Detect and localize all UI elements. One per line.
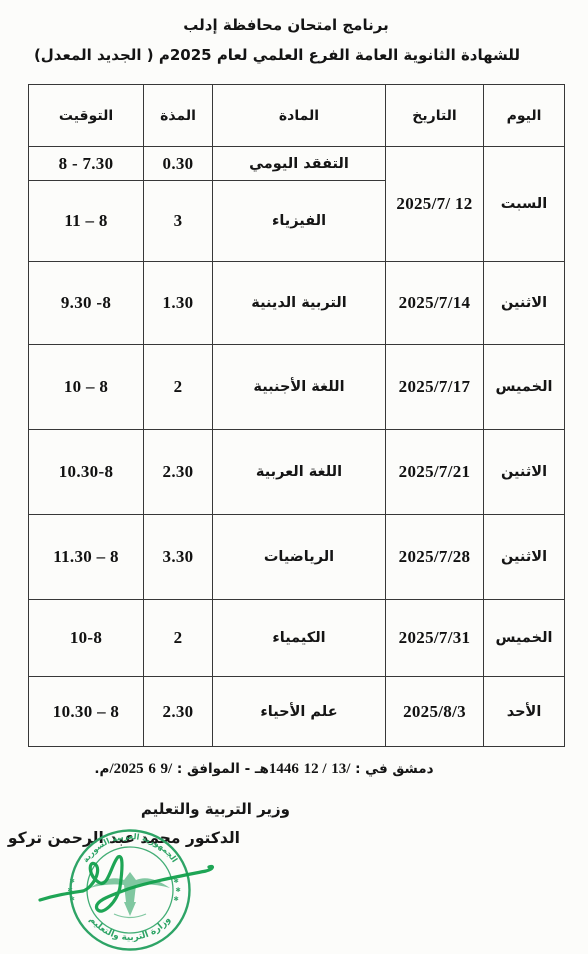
cell-day: الأحد: [484, 677, 565, 747]
cell-date: 2025/7/14: [386, 262, 484, 345]
gregorian-era: م.: [94, 761, 109, 777]
document-title: برنامج امتحان محافظة إدلب: [0, 16, 572, 34]
gregorian-day: 9/: [161, 761, 173, 777]
minister-title: وزير التربية والتعليم: [141, 800, 290, 818]
scanned-document-page: برنامج امتحان محافظة إدلب للشهادة الثانو…: [0, 0, 588, 954]
cell-duration: 0.30: [144, 147, 213, 181]
cell-timing: 9.30 -8: [29, 262, 144, 345]
corresponding-label: الموافق :: [177, 761, 240, 777]
cell-date: 2025/7/17: [386, 345, 484, 430]
table-row: الاثنين 2025/7/28 الرياضيات 3.30 11.30 –…: [29, 515, 565, 600]
cell-day: السبت: [484, 147, 565, 262]
cell-day: الخميس: [484, 600, 565, 677]
cell-day: الخميس: [484, 345, 565, 430]
header-timing: التوقيت: [29, 85, 144, 147]
cell-timing: 11.30 – 8: [29, 515, 144, 600]
cell-date: 2025/8/3: [386, 677, 484, 747]
cell-timing: 10.30-8: [29, 430, 144, 515]
table-row: الأحد 2025/8/3 علم الأحياء 2.30 10.30 – …: [29, 677, 565, 747]
cell-subject: اللغة العربية: [213, 430, 386, 515]
cell-date: 2025/7/28: [386, 515, 484, 600]
cell-timing: 11 – 8: [29, 181, 144, 262]
handwritten-signature: [28, 843, 223, 928]
cell-timing: 10 – 8: [29, 345, 144, 430]
date-separator: -: [245, 761, 251, 777]
table-row: الخميس 2025/7/17 اللغة الأجنبية 2 10 – 8: [29, 345, 565, 430]
cell-day: الاثنين: [484, 430, 565, 515]
cell-duration: 2: [144, 600, 213, 677]
document-subtitle: للشهادة الثانوية العامة الفرع العلمي لعا…: [0, 46, 554, 64]
cell-subject: التربية الدينية: [213, 262, 386, 345]
table-header-row: اليوم التاريخ المادة المذة التوقيت: [29, 85, 565, 147]
cell-duration: 2.30: [144, 677, 213, 747]
header-subject: المادة: [213, 85, 386, 147]
table-row: الاثنين 2025/7/21 اللغة العربية 2.30 10.…: [29, 430, 565, 515]
cell-date: 2025/7/21: [386, 430, 484, 515]
hijri-day: 13/: [331, 761, 350, 777]
hijri-era: هـ: [255, 761, 269, 777]
cell-day: الاثنين: [484, 262, 565, 345]
cell-subject: علم الأحياء: [213, 677, 386, 747]
header-duration: المذة: [144, 85, 213, 147]
place-label: دمشق في :: [355, 761, 434, 777]
header-date: التاريخ: [386, 85, 484, 147]
hijri-year: 1446: [269, 761, 299, 777]
hijri-month: 12 /: [304, 761, 327, 777]
cell-date: 2025/7/ 12: [386, 147, 484, 262]
gregorian-year: /2025: [109, 761, 143, 777]
cell-duration: 2: [144, 345, 213, 430]
cell-duration: 3: [144, 181, 213, 262]
cell-timing: 8 - 7.30: [29, 147, 144, 181]
cell-subject: اللغة الأجنبية: [213, 345, 386, 430]
exam-schedule-table: اليوم التاريخ المادة المذة التوقيت السبت…: [28, 84, 565, 747]
cell-timing: 10.30 – 8: [29, 677, 144, 747]
signature-stroke: [40, 856, 212, 911]
cell-subject: الفيزياء: [213, 181, 386, 262]
cell-duration: 3.30: [144, 515, 213, 600]
cell-day: الاثنين: [484, 515, 565, 600]
table-row: الخميس 2025/7/31 الكيمياء 2 10-8: [29, 600, 565, 677]
table-row: السبت 2025/7/ 12 التفقد اليومي 0.30 8 - …: [29, 147, 565, 181]
cell-subject: التفقد اليومي: [213, 147, 386, 181]
cell-subject: الكيمياء: [213, 600, 386, 677]
header-day: اليوم: [484, 85, 565, 147]
issue-date-line: دمشق في : 13/ 12 / 1446هـ - الموافق : 9/…: [0, 761, 528, 778]
gregorian-month: 6: [148, 761, 156, 777]
cell-date: 2025/7/31: [386, 600, 484, 677]
cell-timing: 10-8: [29, 600, 144, 677]
cell-duration: 1.30: [144, 262, 213, 345]
table-row: الاثنين 2025/7/14 التربية الدينية 1.30 9…: [29, 262, 565, 345]
cell-subject: الرياضيات: [213, 515, 386, 600]
cell-duration: 2.30: [144, 430, 213, 515]
